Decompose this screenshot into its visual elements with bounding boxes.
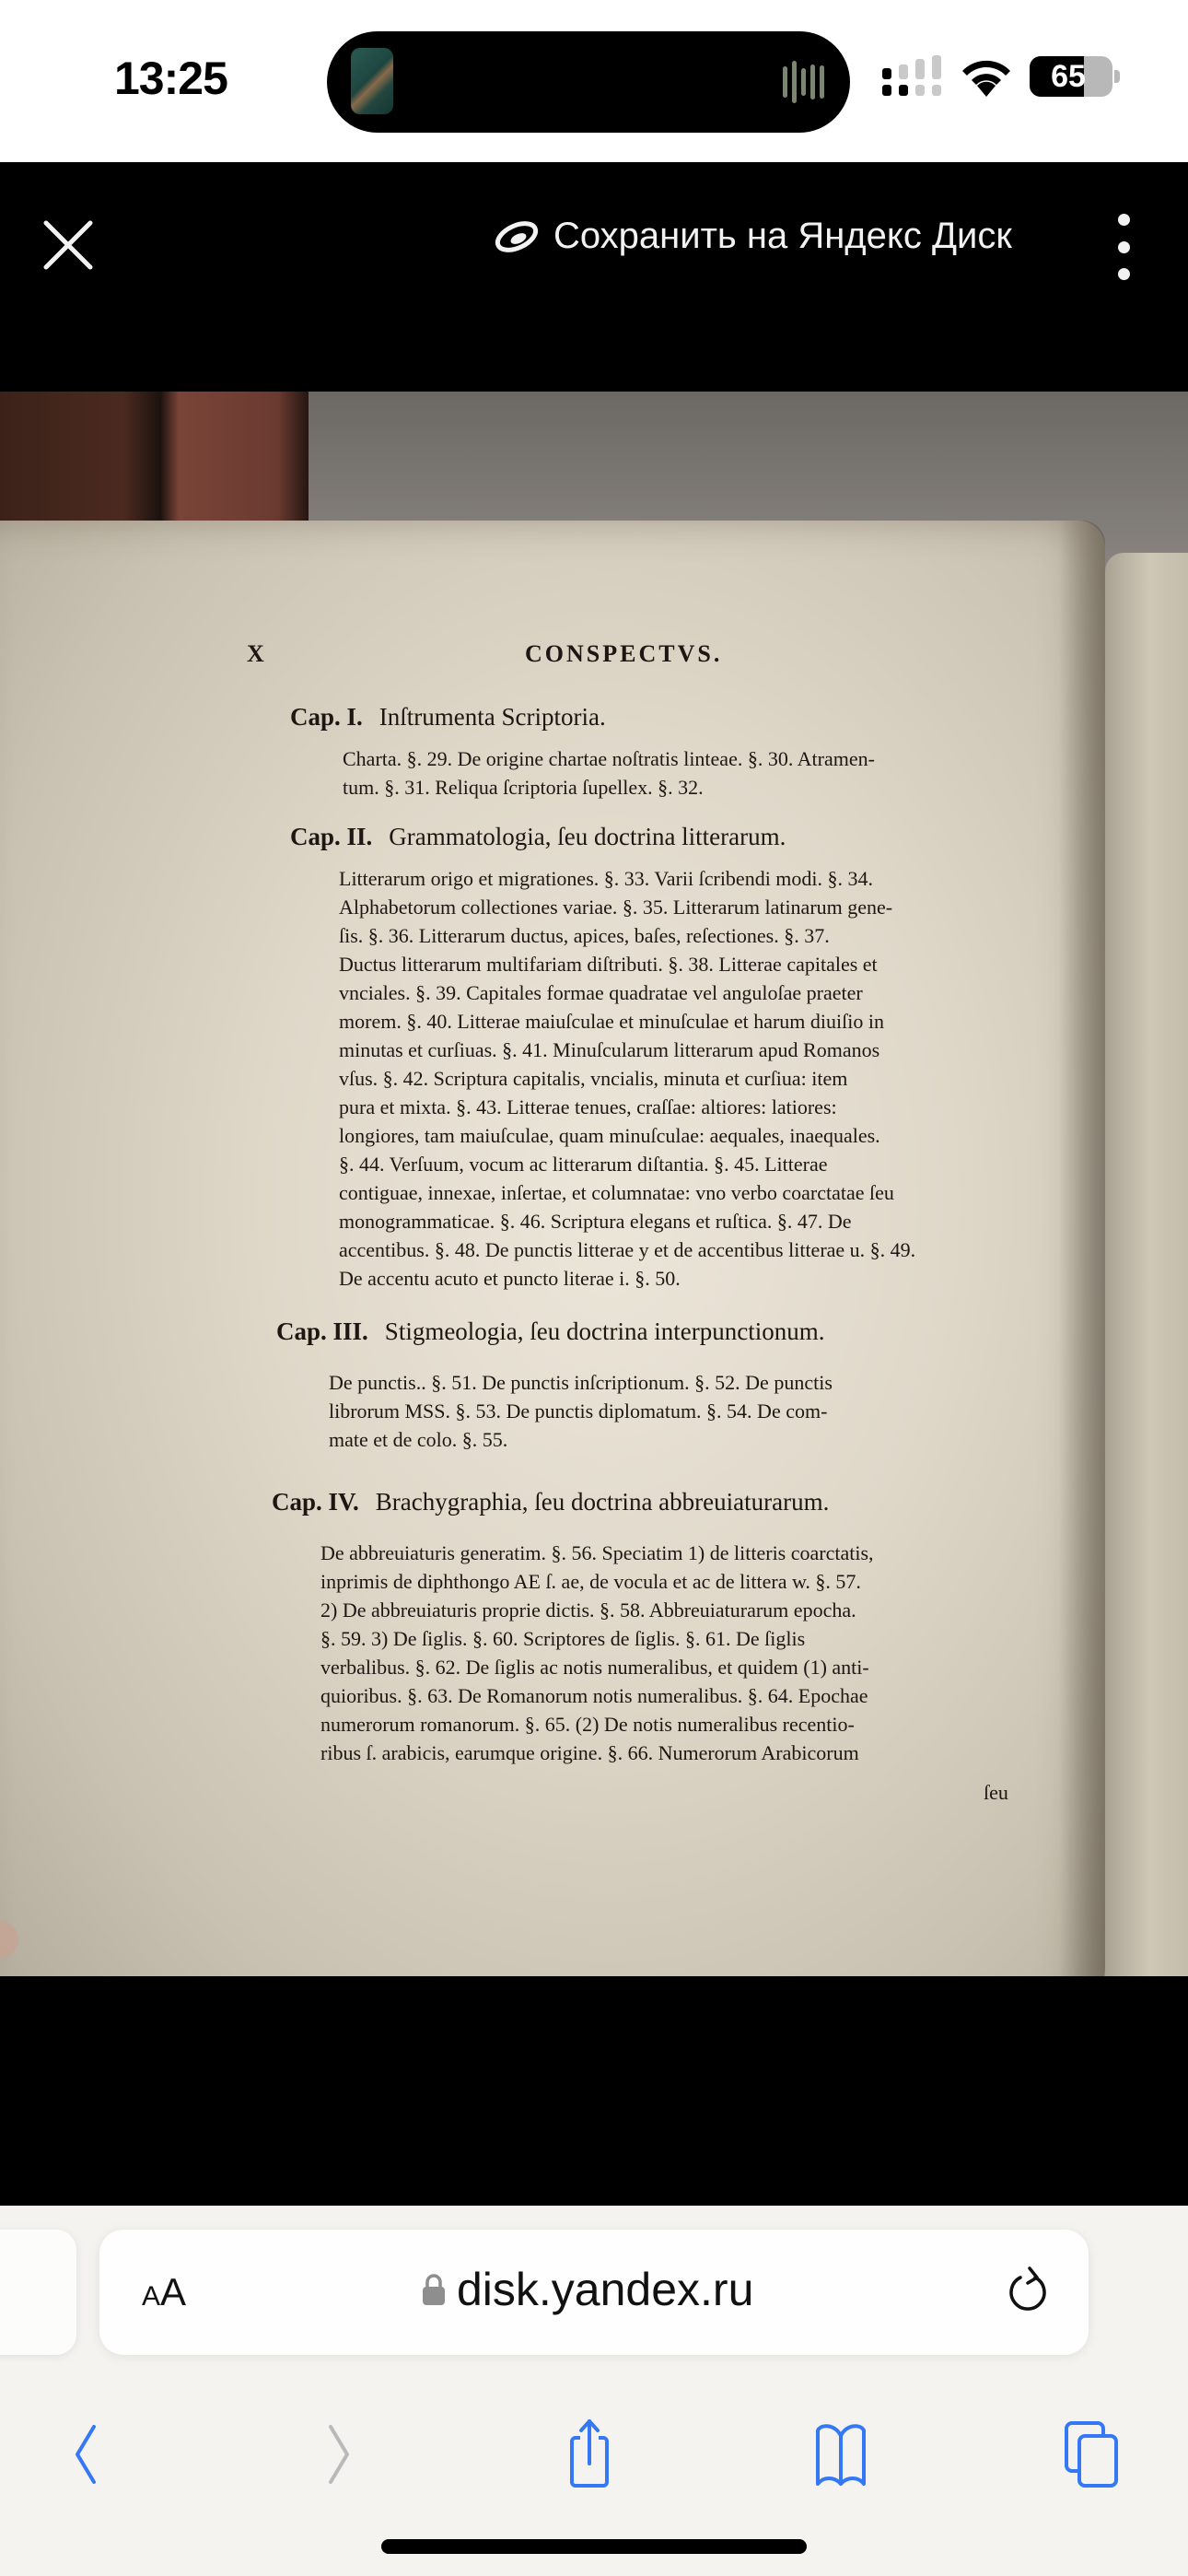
text-line: vſus. §. 42. Scriptura capitalis, vncial… <box>339 1064 915 1093</box>
clock: 13:25 <box>114 52 227 105</box>
chapter-entries: Charta. §. 29. De origine chartae noſtra… <box>343 744 875 802</box>
text-size-button[interactable]: AA <box>142 2270 186 2314</box>
text-line: verbalibus. §. 62. De ſiglis ac notis nu… <box>320 1653 874 1681</box>
url-field[interactable]: disk.yandex.ru <box>422 2263 753 2316</box>
text-line: accentibus. §. 48. De punctis litterae y… <box>339 1235 915 1264</box>
status-icons: 65 <box>882 55 1120 98</box>
chapter-number: Cap. IV. <box>272 1488 359 1516</box>
text-line: tum. §. 31. Reliqua ſcriptoria ſupellex.… <box>343 773 875 802</box>
text-line: longiores, tam maiuſculae, quam minuſcul… <box>339 1121 915 1150</box>
lock-icon <box>422 2273 446 2306</box>
text-line: De abbreuiaturis generatim. §. 56. Speci… <box>320 1539 874 1567</box>
chapter-entries: De abbreuiaturis generatim. §. 56. Speci… <box>320 1539 874 1767</box>
yandex-disk-icon <box>493 218 541 255</box>
chapter-title: Brachygraphia, ſeu doctrina abbreuiatura… <box>376 1488 830 1516</box>
now-playing-artwork[interactable] <box>351 48 393 114</box>
back-icon[interactable] <box>53 2418 118 2491</box>
text-line: minutas et curſiuas. §. 41. Minuſcularum… <box>339 1036 915 1064</box>
share-icon[interactable] <box>557 2418 622 2491</box>
chapter-entries: Litterarum origo et migrationes. §. 33. … <box>339 864 915 1293</box>
more-options-icon[interactable] <box>1105 214 1142 280</box>
cellular-signal-icon <box>882 55 943 98</box>
text-line: librorum MSS. §. 53. De punctis diplomat… <box>329 1397 833 1425</box>
text-line: ribus ſ. arabicis, earumque origine. §. … <box>320 1739 874 1767</box>
page-shadow <box>1059 521 1105 1976</box>
home-indicator[interactable] <box>381 2539 807 2554</box>
text-line: De punctis.. §. 51. De punctis inſcripti… <box>329 1368 833 1397</box>
chapter-heading: Cap. I.Inſtrumenta Scriptoria. <box>290 703 606 732</box>
text-line: vnciales. §. 39. Capitales formae quadra… <box>339 978 915 1007</box>
text-line: §. 44. Verſuum, vocum ac litterarum diſt… <box>339 1150 915 1178</box>
document-photo[interactable]: X CONSPECTVS. Cap. I.Inſtrumenta Scripto… <box>0 392 1188 1976</box>
chapter-number: Cap. I. <box>290 703 363 731</box>
text-line: mate et de colo. §. 55. <box>329 1425 833 1454</box>
audio-waveform-icon <box>783 59 824 105</box>
chapter-title: Grammatologia, ſeu doctrina litterarum. <box>389 823 786 850</box>
battery-icon: 65 <box>1030 56 1112 97</box>
browser-toolbar <box>0 2408 1188 2500</box>
text-line: ſis. §. 36. Litterarum ductus, apices, b… <box>339 921 915 950</box>
chapter-heading: Cap. IV.Brachygraphia, ſeu doctrina abbr… <box>272 1488 829 1516</box>
text-line: pura et mixta. §. 43. Litterae tenues, c… <box>339 1093 915 1121</box>
chapter-number: Cap. III. <box>276 1317 368 1345</box>
previous-tab-card[interactable] <box>0 2230 76 2355</box>
viewer-footer <box>0 1976 1188 2207</box>
text-line: monogrammaticae. §. 46. Scriptura elegan… <box>339 1207 915 1235</box>
text-line: Charta. §. 29. De origine chartae noſtra… <box>343 744 875 773</box>
save-label: Сохранить на Яндекс Диск <box>553 216 1012 257</box>
close-icon[interactable] <box>41 217 96 273</box>
background-book-spine <box>0 392 309 530</box>
forward-icon[interactable] <box>307 2418 371 2491</box>
page-title: CONSPECTVS. <box>525 640 722 668</box>
viewer-header: Сохранить на Яндекс Диск <box>0 162 1188 392</box>
text-line: Ductus litterarum multifariam diſtributi… <box>339 950 915 978</box>
text-line: De accentu acuto et puncto literae i. §.… <box>339 1264 915 1293</box>
chapter-title: Stigmeologia, ſeu doctrina interpunction… <box>385 1317 825 1345</box>
address-bar[interactable]: AA disk.yandex.ru <box>99 2230 1089 2355</box>
text-line: quioribus. §. 63. De Romanorum notis num… <box>320 1681 874 1710</box>
chapter-title: Inſtrumenta Scriptoria. <box>379 703 606 731</box>
text-line: Alphabetorum collectiones variae. §. 35.… <box>339 893 915 921</box>
wifi-icon <box>960 56 1013 97</box>
dynamic-island[interactable] <box>327 31 850 133</box>
status-bar: 13:25 65 <box>0 0 1188 162</box>
url-text: disk.yandex.ru <box>457 2263 753 2316</box>
chapter-heading: Cap. II.Grammatologia, ſeu doctrina litt… <box>290 823 786 851</box>
save-to-yandex-disk-button[interactable]: Сохранить на Яндекс Диск <box>493 216 1012 257</box>
chapter-number: Cap. II. <box>290 823 372 850</box>
browser-bottom-bar: AA disk.yandex.ru <box>0 2206 1188 2576</box>
battery-percent: 65 <box>1030 56 1107 97</box>
text-line: 2) De abbreuiaturis proprie dictis. §. 5… <box>320 1596 874 1624</box>
page-number: X <box>247 640 264 668</box>
text-line: morem. §. 40. Litterae maiuſculae et min… <box>339 1007 915 1036</box>
text-line: contiguae, innexae, inſertae, et columna… <box>339 1178 915 1207</box>
chapter-heading: Cap. III.Stigmeologia, ſeu doctrina inte… <box>276 1317 824 1346</box>
chapter-entries: De punctis.. §. 51. De punctis inſcripti… <box>329 1368 833 1454</box>
right-page-edge <box>1105 553 1188 1976</box>
text-line: Litterarum origo et migrationes. §. 33. … <box>339 864 915 893</box>
reload-icon[interactable] <box>1000 2265 1055 2320</box>
bookmarks-icon[interactable] <box>809 2418 873 2491</box>
text-line: §. 59. 3) De ſiglis. §. 60. Scriptores d… <box>320 1624 874 1653</box>
catchword: ſeu <box>984 1781 1008 1805</box>
tabs-icon[interactable] <box>1061 2418 1125 2491</box>
text-line: numerorum romanorum. §. 65. (2) De notis… <box>320 1710 874 1739</box>
text-line: inprimis de diphthongo AE ſ. ae, de vocu… <box>320 1567 874 1596</box>
